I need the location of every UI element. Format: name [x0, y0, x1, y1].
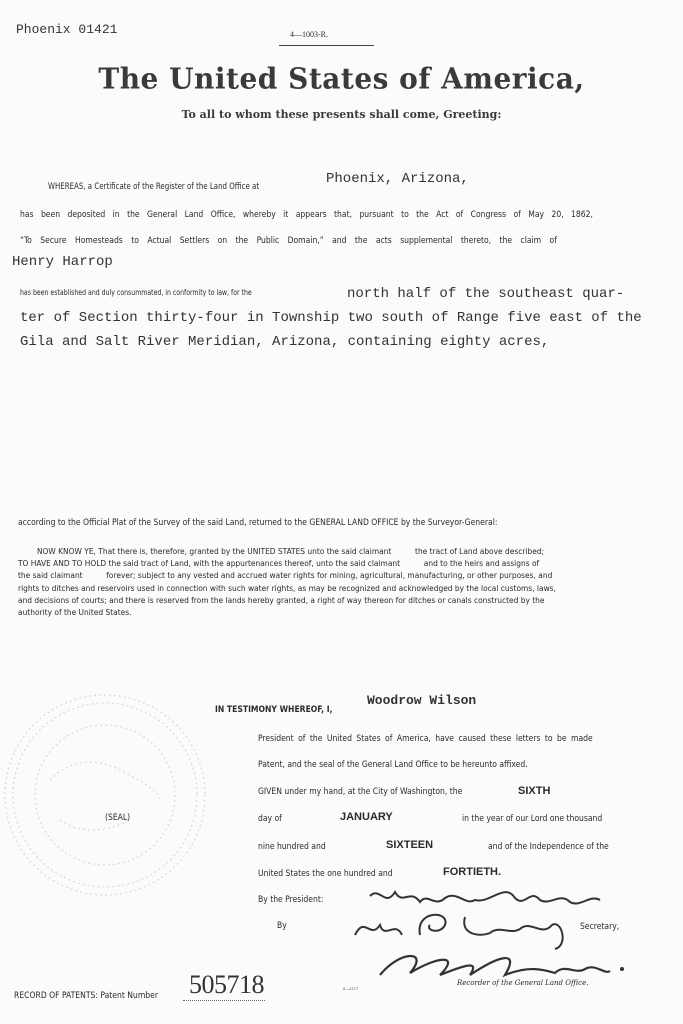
act-title-clause: “To Secure Homesteads to Actual Settlers…	[20, 236, 683, 246]
given-day: SIXTH	[518, 785, 550, 797]
embossed-seal-icon	[0, 670, 230, 920]
form-number-rule	[279, 45, 374, 46]
grant-line: the said claimant forever; subject to an…	[18, 569, 668, 581]
given-year: SIXTEEN	[386, 839, 433, 851]
established-clause: has been established and duly consummate…	[20, 288, 252, 297]
greeting: To all to whom these presents shall come…	[0, 108, 683, 121]
patent-number-rule	[183, 1000, 265, 1001]
day-of-label: day of	[258, 814, 282, 824]
record-of-patents-label: RECORD OF PATENTS: Patent Number	[14, 991, 158, 1001]
land-description-line: north half of the southeast quar-	[347, 282, 624, 306]
deposited-clause: has been deposited in the General Land O…	[20, 210, 683, 220]
by-label: By	[277, 921, 287, 931]
grant-line: TO HAVE AND TO HOLD the said tract of La…	[18, 557, 668, 569]
land-description-line: ter of Section thirty-four in Township t…	[20, 306, 642, 330]
grant-line: rights to ditches and reservoirs used in…	[18, 582, 668, 594]
claimant-name: Henry Harrop	[12, 254, 113, 270]
document-title: The United States of America,	[0, 61, 683, 96]
whereas-clause: WHEREAS, a Certificate of the Register o…	[48, 182, 259, 192]
president-name: Woodrow Wilson	[367, 693, 476, 708]
given-month: JANUARY	[340, 811, 393, 823]
testimony-intro: IN TESTIMONY WHEREOF, I,	[215, 705, 332, 715]
testimony-line: Patent, and the seal of the General Land…	[258, 760, 528, 770]
according-clause: according to the Official Plat of the Su…	[18, 518, 497, 528]
secretary-label: Secretary,	[580, 922, 619, 932]
patent-number: 505718	[189, 970, 264, 1000]
by-president-label: By the President:	[258, 895, 323, 905]
independence-year: FORTIETH.	[443, 866, 501, 878]
grant-line: and decisions of courts; and there is re…	[18, 594, 668, 606]
independence-label: and of the Independence of the	[488, 842, 609, 852]
form-number: 4—1003-R.	[290, 30, 328, 39]
recorder-label: Recorder of the General Land Office.	[457, 979, 588, 987]
file-number: Phoenix 01421	[16, 22, 117, 37]
print-code: 6—2177	[343, 986, 358, 991]
testimony-line: President of the United States of Americ…	[258, 734, 593, 744]
given-clause: GIVEN under my hand, at the City of Wash…	[258, 787, 462, 797]
grant-clause: NOW KNOW YE, That there is, therefore, g…	[18, 545, 668, 618]
land-description-line: Gila and Salt River Meridian, Arizona, c…	[20, 330, 549, 354]
secretary-signature-icon	[350, 905, 580, 950]
seal-label: (SEAL)	[105, 813, 130, 823]
year-of-lord-label: in the year of our Lord one thousand	[462, 814, 602, 824]
grant-line: NOW KNOW YE, That there is, therefore, g…	[18, 545, 668, 557]
grant-line: authority of the United States.	[18, 606, 668, 618]
nine-hundred-label: nine hundred and	[258, 842, 326, 852]
land-office-location: Phoenix, Arizona,	[326, 171, 469, 187]
